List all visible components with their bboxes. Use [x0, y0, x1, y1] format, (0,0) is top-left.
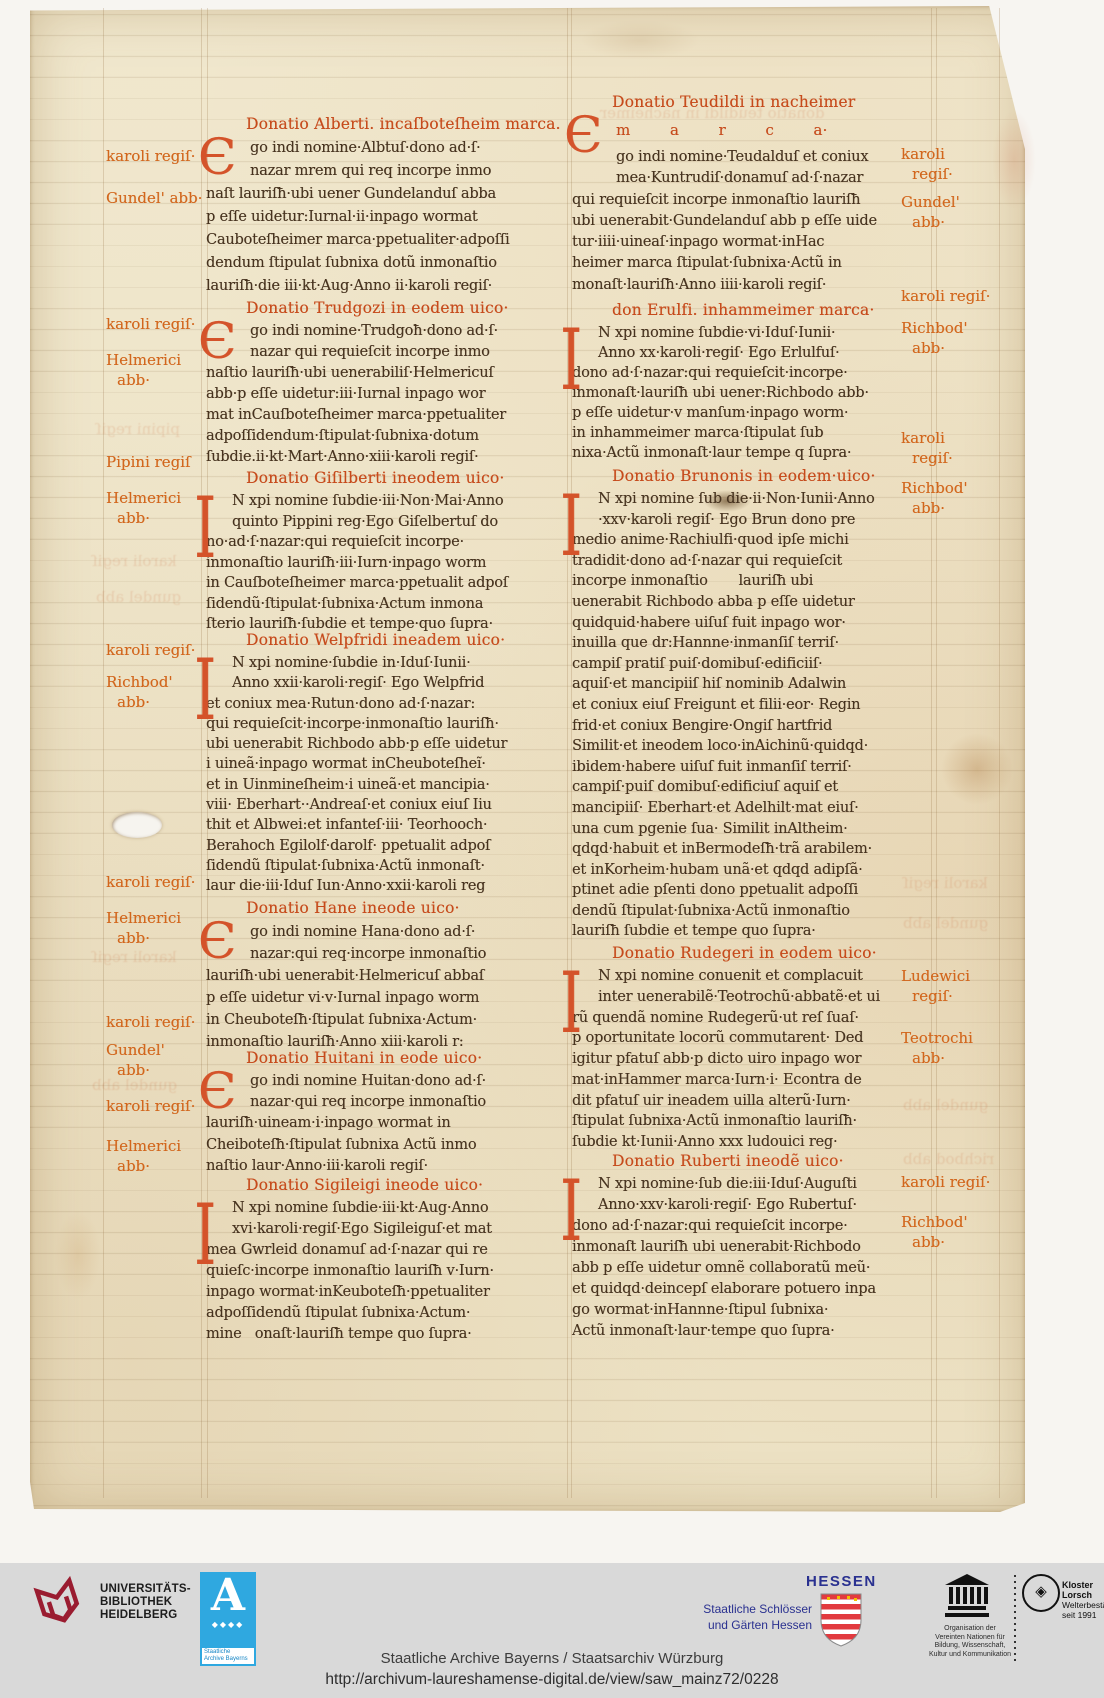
charter-entry: IDonatio Welpfridi ineadem uico·N xpi no… [206, 628, 576, 897]
manuscript-text-layer: ЄDonatio Alberti. incaſboteſheim marca.g… [0, 0, 1104, 1698]
charter-line: tradidit·dono ad·ſ·nazar qui requieſcit [572, 551, 940, 572]
charter-line: abb p eſſe uidetur omnẽ collaboratũ meũ· [572, 1258, 940, 1279]
illuminated-initial: I [560, 486, 582, 570]
charter-line: go indi nomine Huitan·dono ad·ſ· [206, 1071, 576, 1092]
charter-line: dono ad·ſ·nazar:qui requieſcit incorpe· [572, 1216, 940, 1237]
illuminated-initial: I [194, 488, 216, 572]
charter-line: N xpi nomine·ſub die:iii·Iduſ·Auguſti [572, 1174, 940, 1195]
charter-line: go indi nomine·Teudalduſ et coniux [572, 147, 940, 168]
charter-line: inpago wormat·inKeuboteſħ·ppetualiter [206, 1282, 576, 1303]
charter-line: p eſſe uidetur:Iurnal·ii·inpago wormat [206, 206, 576, 229]
charter-line: viii· Eberhart··Andreaſ·et coniux eiuſ I… [206, 795, 576, 815]
margin-note-line: karoli regiſ· [901, 1172, 990, 1192]
charter-line: mea Gwrleid donamuſ ad·ſ·nazar qui re [206, 1240, 576, 1261]
margin-note-line: abb· [912, 1048, 973, 1068]
charter-line: et inKorheim·hubam unã·et qdqd adipſã· [572, 860, 940, 881]
charter-line: nazar:qui req·incorpe inmonaſtio [206, 943, 576, 965]
margin-note: karoli regiſ· [106, 872, 195, 892]
bleedthrough-text: gundel abb [903, 1096, 988, 1114]
margin-note: karoliregiſ· [901, 428, 953, 468]
charter-line: lauriſħ ſubdie et tempe quo ſupra· [572, 921, 940, 942]
charter-line: dendũ ſtipulat·ſubnixa·Actũ inmonaſtio [572, 901, 940, 922]
charter-line: qdqd·habuit et inBermodeſħ·trã arabilem· [572, 839, 940, 860]
bayern-a-letter: A [200, 1572, 256, 1620]
illuminated-initial: Є [198, 1066, 236, 1116]
margin-note: Helmericiabb· [106, 350, 181, 390]
margin-note-line: karoli regiſ· [901, 286, 990, 306]
margin-note: karoli regiſ· [901, 286, 990, 306]
charter-rubric: Donatio Giſilberti ineodem uico· [246, 466, 576, 491]
margin-note-line: Gundel' abb· [106, 188, 202, 208]
margin-note-line: karoli regiſ· [106, 640, 195, 660]
charter-line: inmonaſt lauriſħ ubi uenerabit·Richbodo [572, 1237, 940, 1258]
charter-line: nazar·qui req incorpe inmonaſtio [206, 1092, 576, 1113]
charter-line: in inhammeimer marca·ſtipulat ſub [572, 423, 940, 443]
bleedthrough-text: gundel abb [96, 588, 181, 606]
margin-note-line: Ludewici [901, 966, 970, 986]
margin-note-line: Helmerici [106, 908, 181, 928]
charter-line: mea·Kuntrudiſ·donamuſ ad·ſ·nazar [572, 168, 940, 189]
margin-note: Gundel' abb· [106, 188, 202, 208]
charter-line: heimer marca ſtipulat·ſubnixa·Actũ in [572, 253, 940, 274]
margin-note: Richbod'abb· [106, 672, 173, 712]
charter-line: go indi nomine·Albtuſ·dono ad·ſ· [206, 137, 576, 160]
bleedthrough-text: gundel abb [903, 914, 988, 932]
charter-line: nixa·Actũ inmonaſt·laur tempe q ſupra· [572, 443, 940, 463]
charter-line: i uineã·inpago wormat inCheuboteſheĩ· [206, 754, 576, 774]
margin-note-line: Gundel' [106, 1040, 165, 1060]
margin-note-line: abb· [117, 508, 181, 528]
margin-note-line: Helmerici [106, 350, 181, 370]
charter-line: frid·et coniux Bengire·Ongiſ hartfrid [572, 716, 940, 737]
charter-line: et coniux eiuſ Freigunt et filii·eor· Re… [572, 695, 940, 716]
bleedthrough-text: richbod abb [903, 1150, 994, 1168]
margin-note-line: Richbod' [901, 478, 968, 498]
charter-line: N xpi nomine conuenit et complacuit [572, 966, 940, 987]
charter-line: dendum ſtipulat ſubnixa dotũ inmonaſtio [206, 252, 576, 275]
charter-line: tur·iiii·uineaſ·inpago wormat·inHac [572, 232, 940, 253]
margin-note-line: abb· [912, 1232, 968, 1252]
charter-line: incorpe inmonaſtio lauriſħ ubi [572, 571, 940, 592]
charter-line: et in Uinmineſheim·i uineã·et mancipia· [206, 775, 576, 795]
charter-rubric: Donatio Huitani in eode uico· [246, 1046, 576, 1071]
margin-note-line: karoli regiſ· [106, 146, 195, 166]
charter-line: p eſſe uidetur vi·v·Iurnal inpago worm [206, 987, 576, 1009]
bleedthrough-text: donatio teudildi in nacheimer [600, 104, 825, 122]
charter-line: lauriſħ·ubi uenerabit·Helmericuſ abbaſ [206, 965, 576, 987]
charter-line: Cheiboteſħ·ſtipulat ſubnixa Actũ inmo [206, 1135, 576, 1156]
charter-line: thit et Albwei:et infanteſ·iii· Teorhooc… [206, 815, 576, 835]
charter-line: laur die·iii·Iduſ Iun·Anno·xxii·karoli r… [206, 876, 576, 896]
illuminated-initial: I [560, 963, 582, 1047]
margin-note: Helmericiabb· [106, 488, 181, 528]
bleedthrough-text: karoli regiſ [92, 552, 177, 570]
digitized-manuscript-viewer-page: ЄDonatio Alberti. incaſboteſheim marca.g… [0, 0, 1104, 1698]
charter-rubric: Donatio Trudgozi in eodem uico· [246, 296, 576, 321]
charter-rubric: Donatio Ruberti ineodẽ uico· [612, 1149, 940, 1174]
bleedthrough-text: karoli regiſ [92, 948, 177, 966]
charter-line: ſubdie.ii·kt·Mart·Anno·xiii·karoli regiſ… [206, 447, 576, 468]
charter-entry: ЄDonatio Hane ineode uico·go indi nomine… [206, 896, 576, 1053]
charter-line: nazar qui requieſcit incorpe inmo [206, 342, 576, 363]
margin-note: Pipini regiſ [106, 452, 191, 472]
margin-note-line: regiſ· [912, 164, 953, 184]
charter-line: inuilla que dr:Hannne·inmanſiſ terriſ· [572, 633, 940, 654]
charter-line: dono ad·ſ·nazar:qui requieſcit·incorpe· [572, 363, 940, 383]
margin-note-line: Richbod' [901, 318, 968, 338]
charter-line: p oportunitate locorũ commutarent· Ded [572, 1028, 940, 1049]
illuminated-initial: Є [198, 132, 236, 182]
source-url: http://archivum-laureshamense-digital.de… [0, 1671, 1104, 1689]
charter-line: ubi uenerabit·Gundelanduſ abb p eſſe uid… [572, 211, 940, 232]
charter-line: mat inCauſboteſheimer marca·ppetualiter [206, 405, 576, 426]
margin-note-line: regiſ· [912, 986, 970, 1006]
charter-line: inmonaſt·lauriſħ ubi uener:Richbodo abb· [572, 383, 940, 403]
charter-line: quieſc·incorpe inmonaſtio lauriſħ v·Iurn… [206, 1261, 576, 1282]
charter-entry: ЄDonatio Huitani in eode uico·go indi no… [206, 1046, 576, 1177]
charter-entry: ЄDonatio Alberti. incaſboteſheim marca.g… [206, 112, 576, 298]
bayern-diamonds: ◆◆◆◆ [200, 1620, 256, 1630]
charter-line: Anno xxii·karoli·regiſ· Ego Welpfrid [206, 673, 576, 693]
margin-note-line: karoli [901, 144, 953, 164]
charter-line: N xpi nomine ſubdie·iii·kt·Aug·Anno [206, 1198, 576, 1219]
charter-line: campiſ pratiſ puiſ·domibuſ·edificiiſ· [572, 654, 940, 675]
charter-line: mancipiiſ· Eberhart·et Adelhilt·mat eiuſ… [572, 798, 940, 819]
margin-note-line: Helmerici [106, 488, 181, 508]
margin-note: Ludewiciregiſ· [901, 966, 970, 1006]
ub-heidelberg-logo [28, 1573, 90, 1635]
charter-line: Cauboteſheimer marca·ppetualiter·adpoſſi [206, 229, 576, 252]
margin-note-line: Gundel' [901, 192, 960, 212]
margin-note-line: Pipini regiſ [106, 452, 191, 472]
charter-line: monaſt·lauriſħ·Anno iiii·karoli regiſ· [572, 275, 940, 296]
charter-line: N xpi nomine·ſubdie in·Iduſ·Iunii· [206, 653, 576, 673]
charter-entry: IDonatio Ruberti ineodẽ uico·N xpi nomin… [572, 1149, 940, 1342]
charter-line: Anno xx·karoli·regiſ· Ego Erlulfuſ· [572, 343, 940, 363]
charter-line: go indi nomine Hana·dono ad·ſ· [206, 921, 576, 943]
charter-line: lauriſħ·uineam·i·inpago wormat in [206, 1113, 576, 1134]
margin-note-line: abb· [117, 370, 181, 390]
margin-note: Richbod'abb· [901, 478, 968, 518]
charter-rubric: Donatio Brunonis in eodem·uico· [612, 464, 940, 489]
margin-note: Gundel'abb· [901, 192, 960, 232]
charter-line: ibidem·habere uiſuſ fuit inmanſiſ terriſ… [572, 757, 940, 778]
margin-note-line: abb· [912, 498, 968, 518]
illuminated-initial: I [194, 1195, 216, 1279]
charter-line: mine onaſt·lauriſħ tempe quo ſupra· [206, 1324, 576, 1345]
margin-note: Helmericiabb· [106, 1136, 181, 1176]
charter-line: qui requieſcit incorpe inmonaſtio lauriſ… [572, 190, 940, 211]
bleedthrough-text: gundel abb [92, 1076, 177, 1094]
margin-note: Richbod'abb· [901, 318, 968, 358]
margin-note: karoli regiſ· [106, 146, 195, 166]
charter-line: N xpi nomine ſubdie·iii·Non·Mai·Anno [206, 491, 576, 512]
charter-entry: ЄDonatio Trudgozi in eodem uico·go indi … [206, 296, 576, 468]
charter-entry: IDonatio Giſilberti ineodem uico·N xpi n… [206, 466, 576, 635]
charter-line: et quidqd·deincepſ elaborare potuero inp… [572, 1279, 940, 1300]
charter-line: N xpi nomine ſubdie·vi·Iduſ·Iunii· [572, 323, 940, 343]
charter-line: inter uenerabilẽ·Teotrochũ·abbatẽ·et ui [572, 987, 940, 1008]
charter-rubric: Donatio Alberti. incaſboteſheim marca. [246, 112, 576, 137]
unesco-logo [944, 1572, 990, 1620]
charter-line: ubi uenerabit Richbodo abb·p eſſe uidetu… [206, 734, 576, 754]
charter-rubric: Donatio Rudegeri in eodem uico· [612, 941, 940, 966]
footer-bar: UNIVERSITÄTS- BIBLIOTHEK HEIDELBERG A ◆◆… [0, 1563, 1104, 1698]
charter-line: abb·p eſſe uidetur:iii·Iurnal inpago wor [206, 384, 576, 405]
charter-line: lauriſħ·die iii·kt·Aug·Anno ii·karoli re… [206, 275, 576, 298]
margin-note-line: karoli regiſ· [106, 1096, 195, 1116]
charter-line: Anno·xxv·karoli·regiſ· Ego Rubertuſ· [572, 1195, 940, 1216]
charter-line: in Cauſboteſheimer marca·ppetualit adpoſ [206, 573, 576, 594]
charter-line: rũ quendã nomine Rudegerũ·ut reſ ſuaſ· [572, 1008, 940, 1029]
margin-note: karoliregiſ· [901, 144, 953, 184]
margin-note-line: abb· [912, 212, 960, 232]
margin-note-line: karoli regiſ· [106, 314, 195, 334]
charter-line: nazar mrem qui req incorpe inmo [206, 160, 576, 183]
charter-entry: IDonatio Rudegeri in eodem uico·N xpi no… [572, 941, 940, 1153]
charter-line: ·xxv·karoli regiſ· Ego Brun dono pre [572, 510, 940, 531]
charter-line: campiſ·puiſ domibuſ·edificiuſ aquiſ et [572, 777, 940, 798]
hessen-caption: Staatliche Schlösser und Gärten Hessen [660, 1601, 812, 1633]
bleedthrough-text: pipini regiſ [96, 420, 180, 438]
margin-note: karoli regiſ· [106, 1012, 195, 1032]
charter-line: uenerabit Richbodo abba p eſſe uidetur [572, 592, 940, 613]
margin-note-line: karoli regiſ· [106, 1012, 195, 1032]
ub-heidelberg-label: UNIVERSITÄTS- BIBLIOTHEK HEIDELBERG [100, 1583, 191, 1622]
charter-line: quidquid·habere uiſuſ fuit inpago wor· [572, 613, 940, 634]
margin-note: karoli regiſ· [901, 1172, 990, 1192]
margin-note: Teotrochiabb· [901, 1028, 973, 1068]
charter-line: et coniux mea·Rutun·dono ad·ſ·nazar: [206, 694, 576, 714]
margin-note-line: Helmerici [106, 1136, 181, 1156]
charter-line: naſtio lauriſħ·ubi uenerabiliſ·Helmericu… [206, 363, 576, 384]
charter-line: go indi nomine·Trudgoħ·dono ad·ſ· [206, 321, 576, 342]
charter-entry: IDonatio Sigileigi ineode uico·N xpi nom… [206, 1173, 576, 1345]
hessen-wordmark: HESSEN [806, 1573, 877, 1590]
charter-line: adpoſſidendum·ſtipulat·ſubnixa·dotum [206, 426, 576, 447]
illuminated-initial: Є [198, 316, 236, 366]
kloster-lorsch-emblem: ◈ [1022, 1574, 1060, 1612]
margin-note: Helmericiabb· [106, 908, 181, 948]
margin-note-line: Richbod' [901, 1212, 968, 1232]
margin-note-line: Teotrochi [901, 1028, 973, 1048]
charter-line: adpoſſidendũ ſtipulat ſubnixa·Actum· [206, 1303, 576, 1324]
bleedthrough-text: karoli regiſ [903, 874, 988, 892]
hessen-coat-of-arms [818, 1591, 864, 1649]
charter-rubric: Donatio Sigileigi ineode uico· [246, 1173, 576, 1198]
charter-line: no·ad·ſ·nazar:qui requieſcit incorpe· [206, 532, 576, 553]
charter-line: naſt lauriſħ·ubi uener Gundelanduſ abba [206, 183, 576, 206]
charter-line: inmonaſtio lauriſħ·iii·Iurn·inpago worm [206, 553, 576, 574]
charter-line: N xpi nomine ſub die·ii·Non·Iunii·Anno [572, 489, 940, 510]
margin-note: Richbod'abb· [901, 1212, 968, 1252]
margin-note: karoli regiſ· [106, 1096, 195, 1116]
charter-rubric: Donatio Hane ineode uico· [246, 896, 576, 921]
charter-line: ſidendũ·ſtipulat·ſubnixa·Actum inmona [206, 594, 576, 615]
charter-line: in Cheuboteſħ·ſtipulat ſubnixa·Actum· [206, 1009, 576, 1031]
charter-entry: IDonatio Brunonis in eodem·uico·N xpi no… [572, 464, 940, 942]
charter-line: igitur pfatuſ abb·p dicto uiro inpago wo… [572, 1049, 940, 1070]
charter-line: aquiſ·et mancipiiſ hiſ nominib Adalwin [572, 674, 940, 695]
kloster-lorsch-caption: Kloster Lorsch Welterbestätte seit 1991 [1062, 1580, 1104, 1620]
illuminated-initial: I [560, 320, 582, 404]
margin-note-line: abb· [117, 928, 181, 948]
illuminated-initial: Є [198, 916, 236, 966]
charter-line: mat·inHammer marca·Iurn·i· Econtra de [572, 1070, 940, 1091]
margin-note: karoli regiſ· [106, 640, 195, 660]
illuminated-initial: Є [564, 110, 602, 160]
divider [1014, 1575, 1016, 1661]
illuminated-initial: I [560, 1171, 582, 1255]
charter-line: Berahoch Egilolf·darolf· ppetualit adpoſ [206, 836, 576, 856]
illuminated-initial: I [194, 650, 216, 734]
charter-line: Similit·et ineodem loco·inAichinũ·quidqd… [572, 736, 940, 757]
charter-entry: Idon Erulfi. inhammeimer marca·N xpi nom… [572, 298, 940, 463]
charter-line: Actũ inmonaſt·laur·tempe quo ſupra· [572, 1321, 940, 1342]
margin-note-line: abb· [117, 1156, 181, 1176]
charter-line: ptinet adie pſenti dono ppetualit adpoſſ… [572, 880, 940, 901]
archive-credit-line: Staatliche Archive Bayerns / Staatsarchi… [0, 1650, 1104, 1667]
charter-line: quinto Pippini reg·Ego Giſelbertuſ do [206, 512, 576, 533]
margin-note: Gundel'abb· [106, 1040, 165, 1080]
margin-note-line: abb· [912, 338, 968, 358]
margin-note-line: abb· [117, 692, 173, 712]
margin-note-line: karoli regiſ· [106, 872, 195, 892]
charter-line: ſidendũ ſtipulat·ſubnixa·Actũ inmonaſt· [206, 856, 576, 876]
margin-note-line: regiſ· [912, 448, 953, 468]
margin-note: karoli regiſ· [106, 314, 195, 334]
charter-line: dit pfatuſ uir ineadem uilla alterũ·Iurn… [572, 1091, 940, 1112]
charter-line: go wormat·inHannne·ſtipul ſubnixa· [572, 1300, 940, 1321]
charter-line: qui requieſcit·incorpe·inmonaſtio lauriſ… [206, 714, 576, 734]
charter-rubric: don Erulfi. inhammeimer marca· [612, 298, 940, 323]
margin-note-line: Richbod' [106, 672, 173, 692]
charter-line: xvi·karoli·regiſ·Ego Sigileiguſ·et mat [206, 1219, 576, 1240]
charter-line: ſtipulat ſubnixa·Actũ inmonaſtio lauriſħ… [572, 1111, 940, 1132]
charter-line: p eſſe uidetur·v manſum·inpago worm· [572, 403, 940, 423]
charter-rubric: Donatio Welpfridi ineadem uico· [246, 628, 576, 653]
margin-note-line: karoli [901, 428, 953, 448]
charter-line: medio anime·Rachiulfi·quod ipſe michi [572, 530, 940, 551]
charter-line: una cum pgenie ſua· Similit inAltheim· [572, 819, 940, 840]
